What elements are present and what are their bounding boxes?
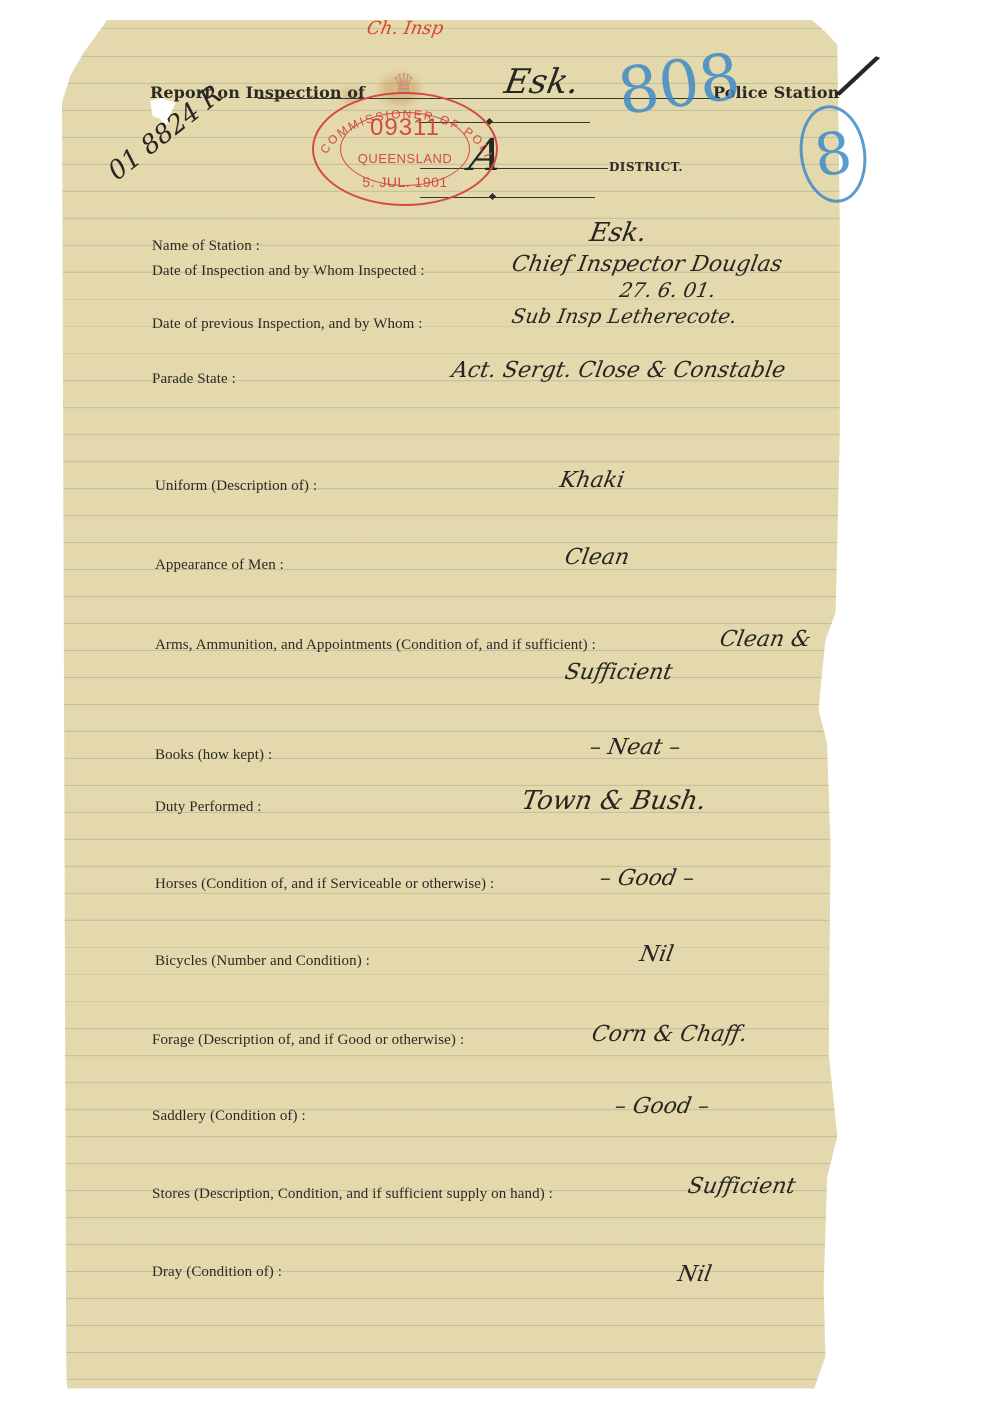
stamp-date: 5. JUL. 1901	[314, 174, 496, 190]
station-handwritten-value: Esk.	[501, 62, 582, 102]
field-label-saddlery: Saddlery (Condition of) :	[152, 1108, 306, 1125]
field-value-dray: Nil	[676, 1262, 714, 1287]
field-label-date-of-inspection: Date of Inspection and by Whom Inspected…	[152, 263, 425, 280]
field-label-previous-inspection: Date of previous Inspection, and by Whom…	[152, 316, 423, 333]
field-label-forage: Forage (Description of, and if Good or o…	[152, 1032, 464, 1049]
field-value-arms-ammunition-line2: Sufficient	[563, 660, 675, 685]
field-label-duty-performed: Duty Performed :	[155, 799, 262, 816]
field-label-name-of-station: Name of Station :	[152, 238, 260, 255]
field-value-inspector: Chief Inspector Douglas	[510, 252, 784, 277]
field-label-uniform: Uniform (Description of) :	[155, 478, 317, 495]
field-label-arms-ammunition: Arms, Ammunition, and Appointments (Cond…	[155, 637, 596, 654]
field-label-books: Books (how kept) :	[155, 747, 272, 764]
field-label-parade-state: Parade State :	[152, 371, 236, 388]
circled-number: 8	[794, 101, 873, 207]
stamp-state: QUEENSLAND	[314, 151, 496, 166]
field-label-bicycles: Bicycles (Number and Condition) :	[155, 953, 370, 970]
field-value-duty-performed: Town & Bush.	[519, 786, 708, 816]
district-label: DISTRICT.	[609, 160, 683, 174]
field-value-stores: Sufficient	[686, 1174, 798, 1199]
field-label-horses: Horses (Condition of, and if Serviceable…	[155, 876, 494, 893]
field-value-saddlery: – Good –	[613, 1094, 712, 1119]
red-ink-note: Ch. Insp	[365, 18, 445, 39]
field-value-appearance-of-men: Clean	[563, 545, 632, 570]
field-value-parade-state: Act. Sergt. Close & Constable	[450, 358, 788, 383]
field-label-stores: Stores (Description, Condition, and if s…	[152, 1186, 553, 1203]
field-value-forage: Corn & Chaff.	[590, 1022, 749, 1047]
field-label-appearance-of-men: Appearance of Men :	[155, 557, 284, 574]
field-value-horses: – Good –	[598, 866, 697, 891]
field-value-uniform: Khaki	[558, 468, 627, 493]
field-value-previous-inspection: Sub Insp Letherecote.	[510, 304, 739, 328]
field-value-inspection-date: 27. 6. 01.	[618, 278, 718, 302]
field-value-books: – Neat –	[588, 735, 683, 760]
stamp-number: 09311	[314, 114, 496, 142]
field-value-name-of-station: Esk.	[587, 218, 649, 248]
field-value-arms-ammunition: Clean &	[718, 627, 813, 652]
check-mark: /	[837, 39, 880, 112]
field-label-dray: Dray (Condition of) :	[152, 1264, 282, 1281]
received-stamp: ♛ COMMISSIONER OF POLICE 09311 QUEENSLAN…	[312, 92, 498, 206]
field-value-bicycles: Nil	[638, 942, 676, 967]
blue-circled-number: 8	[794, 101, 873, 207]
